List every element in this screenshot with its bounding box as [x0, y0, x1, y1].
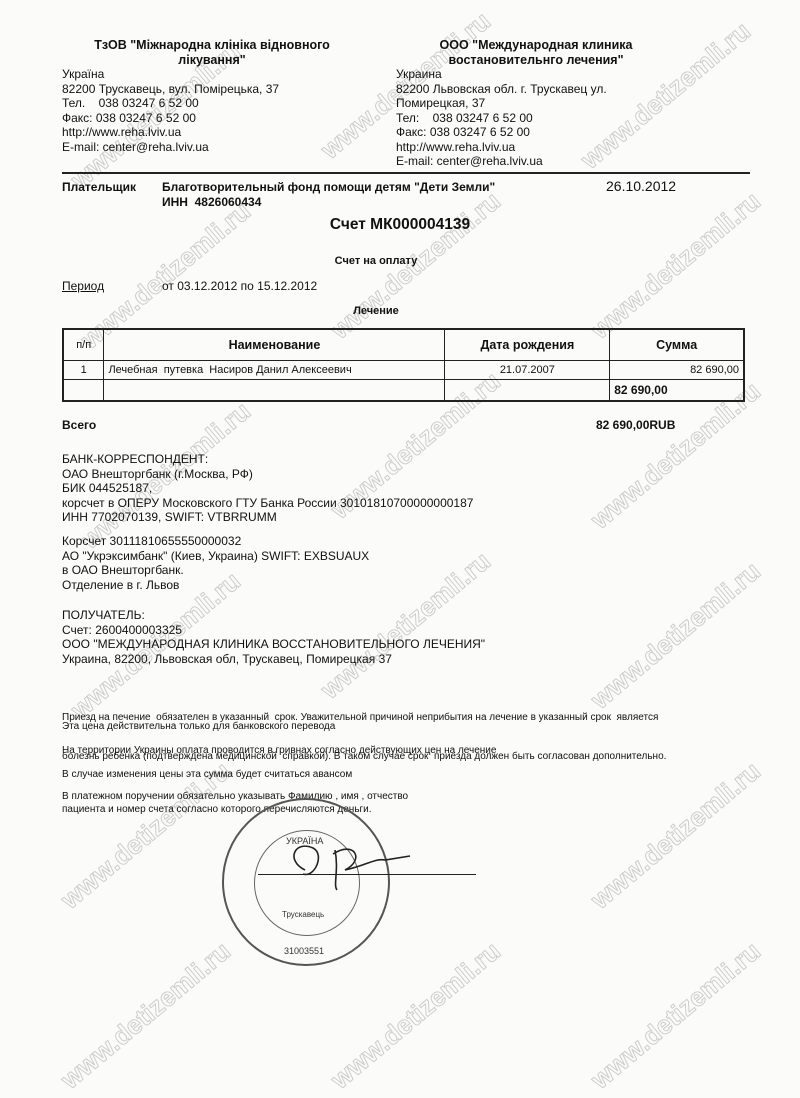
period-label: Период	[62, 279, 104, 293]
payer-inn: ИНН 4826060434	[162, 195, 261, 209]
note-payment-order: В платежном поручении обязательно указыв…	[62, 790, 408, 816]
recipient-heading: ПОЛУЧАТЕЛЬ:	[62, 608, 485, 623]
col-header-birthdate: Дата рождения	[445, 329, 610, 361]
correspondent-bank: БАНК-КОРРЕСПОНДЕНТ: ОАО Внешторгбанк (г.…	[62, 452, 473, 525]
note-payment-order-line: В платежном поручении обязательно указыв…	[62, 790, 408, 803]
issuer-russian: ООО "Международная клиника востановитель…	[396, 38, 716, 169]
note-bank-transfer: Эта цена действительна только для банков…	[62, 720, 335, 733]
signature-line	[258, 874, 476, 875]
period-value: от 03.12.2012 по 15.12.2012	[162, 279, 317, 293]
empty-cell	[63, 380, 104, 402]
correspondent-heading: БАНК-КОРРЕСПОНДЕНТ:	[62, 452, 473, 467]
grand-total-label: Всего	[62, 418, 96, 432]
issuer-title: ТзОВ "Міжнародна клініка відновного ліку…	[62, 38, 362, 67]
recipient-account: Счет: 2600400003325	[62, 623, 485, 638]
correspondent-inn-swift: ИНН 7702070139, SWIFT: VTBRRUMM	[62, 510, 473, 525]
watermark: www.detizemli.ru	[585, 936, 767, 1096]
issuer-address: 82200 Львовская обл. г. Трускавец ул.	[396, 82, 716, 97]
issuer-title-line: ТзОВ "Міжнародна клініка відновного	[62, 38, 362, 53]
issuer-website: http://www.reha.lviv.ua	[396, 140, 716, 155]
row-name: Лечебная путевка Насиров Данил Алексееви…	[104, 361, 445, 380]
issuer-fax: Факс: 038 03247 6 52 00	[62, 111, 362, 126]
invoice-subtitle: Счет на оплату	[0, 255, 752, 267]
grand-total-value: 82 690,00RUB	[596, 418, 675, 432]
payer-name: Благотворительный фонд помощи детям "Дет…	[162, 180, 495, 194]
table-row: 1 Лечебная путевка Насиров Данил Алексее…	[63, 361, 744, 380]
correspondent-account: корсчет в ОПЕРУ Московского ГТУ Банка Ро…	[62, 496, 473, 511]
issuer-street: Помирецкая, 37	[396, 96, 716, 111]
issuer-title: ООО "Международная клиника востановитель…	[396, 38, 716, 67]
stamp-bottom-text: Трускавець	[282, 910, 324, 919]
correspondent-bik: БИК 044525187,	[62, 481, 473, 496]
issuer-phone: Тел: 038 03247 6 52 00	[396, 111, 716, 126]
section-title: Лечение	[0, 305, 752, 317]
header-divider	[62, 172, 750, 174]
intermediary-bank: Корсчет 30111810655550000032 АО "Укрэкси…	[62, 534, 369, 592]
empty-cell	[445, 380, 610, 402]
note-advance: В случае изменения цены эта сумма будет …	[62, 768, 352, 781]
recipient: ПОЛУЧАТЕЛЬ: Счет: 2600400003325 ООО "МЕЖ…	[62, 608, 485, 666]
issuer-country: Україна	[62, 67, 362, 82]
issuer-email: E-mail: center@reha.lviv.ua	[396, 154, 716, 169]
intermediary-branch: Отделение в г. Львов	[62, 578, 369, 593]
watermark: www.detizemli.ru	[325, 936, 507, 1096]
col-header-sum: Сумма	[610, 329, 744, 361]
stamp-code: 31003551	[284, 946, 324, 956]
recipient-address: Украина, 82200, Львовская обл, Трускавец…	[62, 652, 485, 667]
watermark: www.detizemli.ru	[55, 936, 237, 1096]
payer-label: Плательщик	[62, 180, 136, 194]
col-header-number: п/п	[63, 329, 104, 361]
issuer-fax: Факс: 038 03247 6 52 00	[396, 125, 716, 140]
intermediary-via: в ОАО Внешторгбанк.	[62, 563, 369, 578]
invoice-date: 26.10.2012	[606, 178, 676, 194]
table-header-row: п/п Наименование Дата рождения Сумма	[63, 329, 744, 361]
watermark: www.detizemli.ru	[585, 756, 767, 916]
table-total-row: 82 690,00	[63, 380, 744, 402]
row-sum: 82 690,00	[610, 361, 744, 380]
issuer-title-line: лікування"	[62, 53, 362, 68]
issuer-address: 82200 Трускавець, вул. Помірецька, 37	[62, 82, 362, 97]
issuer-title-line: востановительнго лечения"	[396, 53, 676, 68]
issuer-ukrainian: ТзОВ "Міжнародна клініка відновного ліку…	[62, 38, 362, 154]
issuer-email: E-mail: center@reha.lviv.ua	[62, 140, 362, 155]
intermediary-account: Корсчет 30111810655550000032	[62, 534, 369, 549]
issuer-country: Украина	[396, 67, 716, 82]
row-birthdate: 21.07.2007	[445, 361, 610, 380]
recipient-name: ООО "МЕЖДУНАРОДНАЯ КЛИНИКА ВОССТАНОВИТЕЛ…	[62, 637, 485, 652]
col-header-name: Наименование	[104, 329, 445, 361]
issuer-website: http://www.reha.lviv.ua	[62, 125, 362, 140]
issuer-title-line: ООО "Международная клиника	[396, 38, 676, 53]
table-total: 82 690,00	[610, 380, 744, 402]
invoice-title: Счет МК000004139	[0, 216, 800, 234]
note-ukraine-payment: На территории Украины оплата проводится …	[62, 744, 496, 757]
correspondent-bank-name: ОАО Внешторгбанк (г.Москва, РФ)	[62, 467, 473, 482]
intermediary-bank-name: АО "Укрэксимбанк" (Киев, Украина) SWIFT:…	[62, 549, 369, 564]
row-number: 1	[63, 361, 104, 380]
items-table: п/п Наименование Дата рождения Сумма 1 Л…	[62, 328, 745, 402]
empty-cell	[104, 380, 445, 402]
issuer-phone: Тел. 038 03247 6 52 00	[62, 96, 362, 111]
signature-icon	[275, 830, 415, 900]
